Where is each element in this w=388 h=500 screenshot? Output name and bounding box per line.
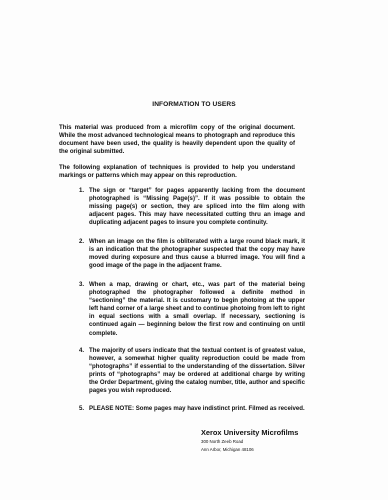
item-number: 5. [79,405,84,413]
item-number: 1. [79,187,84,195]
item-text: The sign or “target” for pages apparentl… [89,187,305,226]
item-number: 4. [79,347,84,355]
organization-name: Xerox University Microfilms [201,428,298,437]
page-title: INFORMATION TO USERS [0,101,388,108]
address-line-2: Ann Arbor, Michigan 48106 [201,447,298,453]
address-line-1: 300 North Zeeb Road [201,439,298,445]
item-text: PLEASE NOTE: Some pages may have indisti… [89,405,305,412]
list-item: 1. The sign or “target” for pages appare… [79,187,305,227]
list-item: 5. PLEASE NOTE: Some pages may have indi… [79,405,305,413]
list-item: 3. When a map, drawing or chart, etc., w… [79,281,305,338]
item-number: 3. [79,281,84,289]
document-page: INFORMATION TO USERS This material was p… [0,0,388,500]
item-text: The majority of users indicate that the … [89,347,305,394]
item-number: 2. [79,238,84,246]
signature-block: Xerox University Microfilms 300 North Ze… [201,428,298,452]
item-text: When a map, drawing or chart, etc., was … [89,281,305,337]
list-item: 4. The majority of users indicate that t… [79,347,305,396]
item-text: When an image on the film is obliterated… [89,238,305,269]
list-item: 2. When an image on the film is oblitera… [79,238,305,270]
explanation-paragraph: The following explanation of techniques … [59,164,295,180]
intro-paragraph: This material was produced from a microf… [59,124,295,156]
